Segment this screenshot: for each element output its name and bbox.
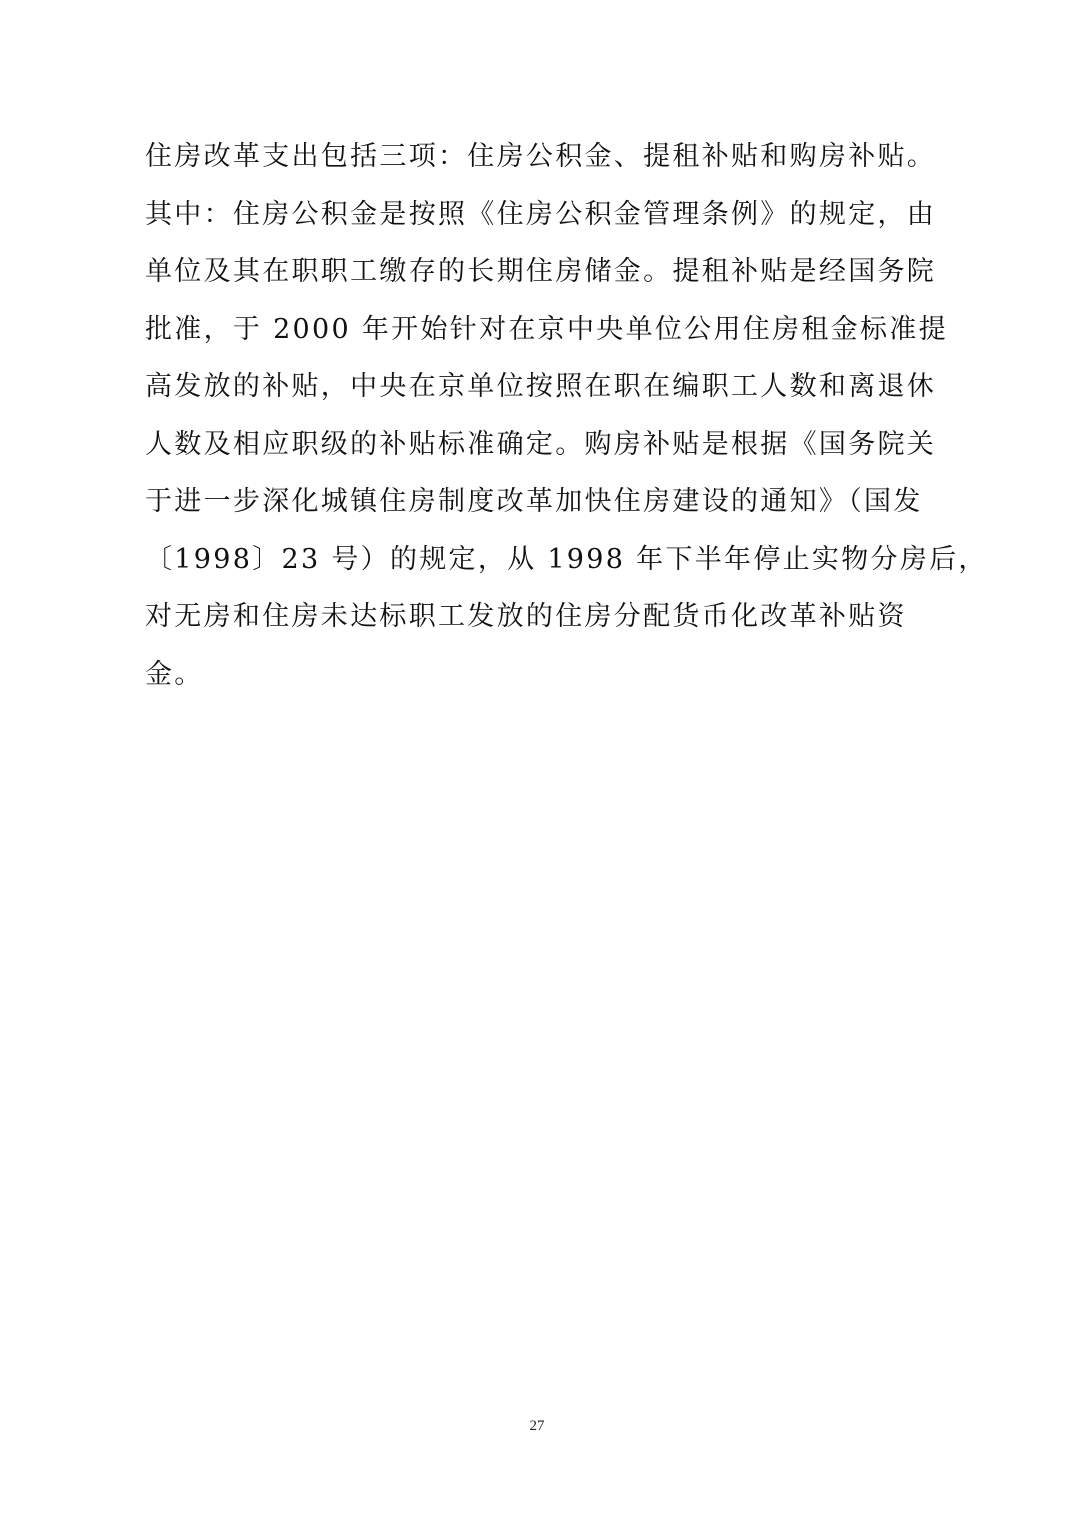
paragraph-line-7: 于进一步深化城镇住房制度改革加快住房建设的通知》（国发	[145, 473, 935, 531]
paragraph-line-2: 其中：住房公积金是按照《住房公积金管理条例》的规定，由	[145, 186, 935, 244]
body-paragraph: 住房改革支出包括三项：住房公积金、提租补贴和购房补贴。 其中：住房公积金是按照《…	[145, 128, 935, 703]
page-number: 27	[0, 1418, 1074, 1435]
paragraph-line-1: 住房改革支出包括三项：住房公积金、提租补贴和购房补贴。	[145, 128, 935, 186]
paragraph-line-6: 人数及相应职级的补贴标准确定。购房补贴是根据《国务院关	[145, 416, 935, 474]
paragraph-line-3: 单位及其在职职工缴存的长期住房储金。提租补贴是经国务院	[145, 243, 935, 301]
paragraph-line-8: 〔1998〕23 号）的规定，从 1998 年下半年停止实物分房后，	[145, 531, 935, 589]
paragraph-line-9: 对无房和住房未达标职工发放的住房分配货币化改革补贴资	[145, 588, 935, 646]
paragraph-line-5: 高发放的补贴，中央在京单位按照在职在编职工人数和离退休	[145, 358, 935, 416]
document-page: 住房改革支出包括三项：住房公积金、提租补贴和购房补贴。 其中：住房公积金是按照《…	[0, 0, 1074, 1520]
paragraph-line-10: 金。	[145, 646, 935, 704]
paragraph-line-4: 批准，于 2000 年开始针对在京中央单位公用住房租金标准提	[145, 301, 935, 359]
